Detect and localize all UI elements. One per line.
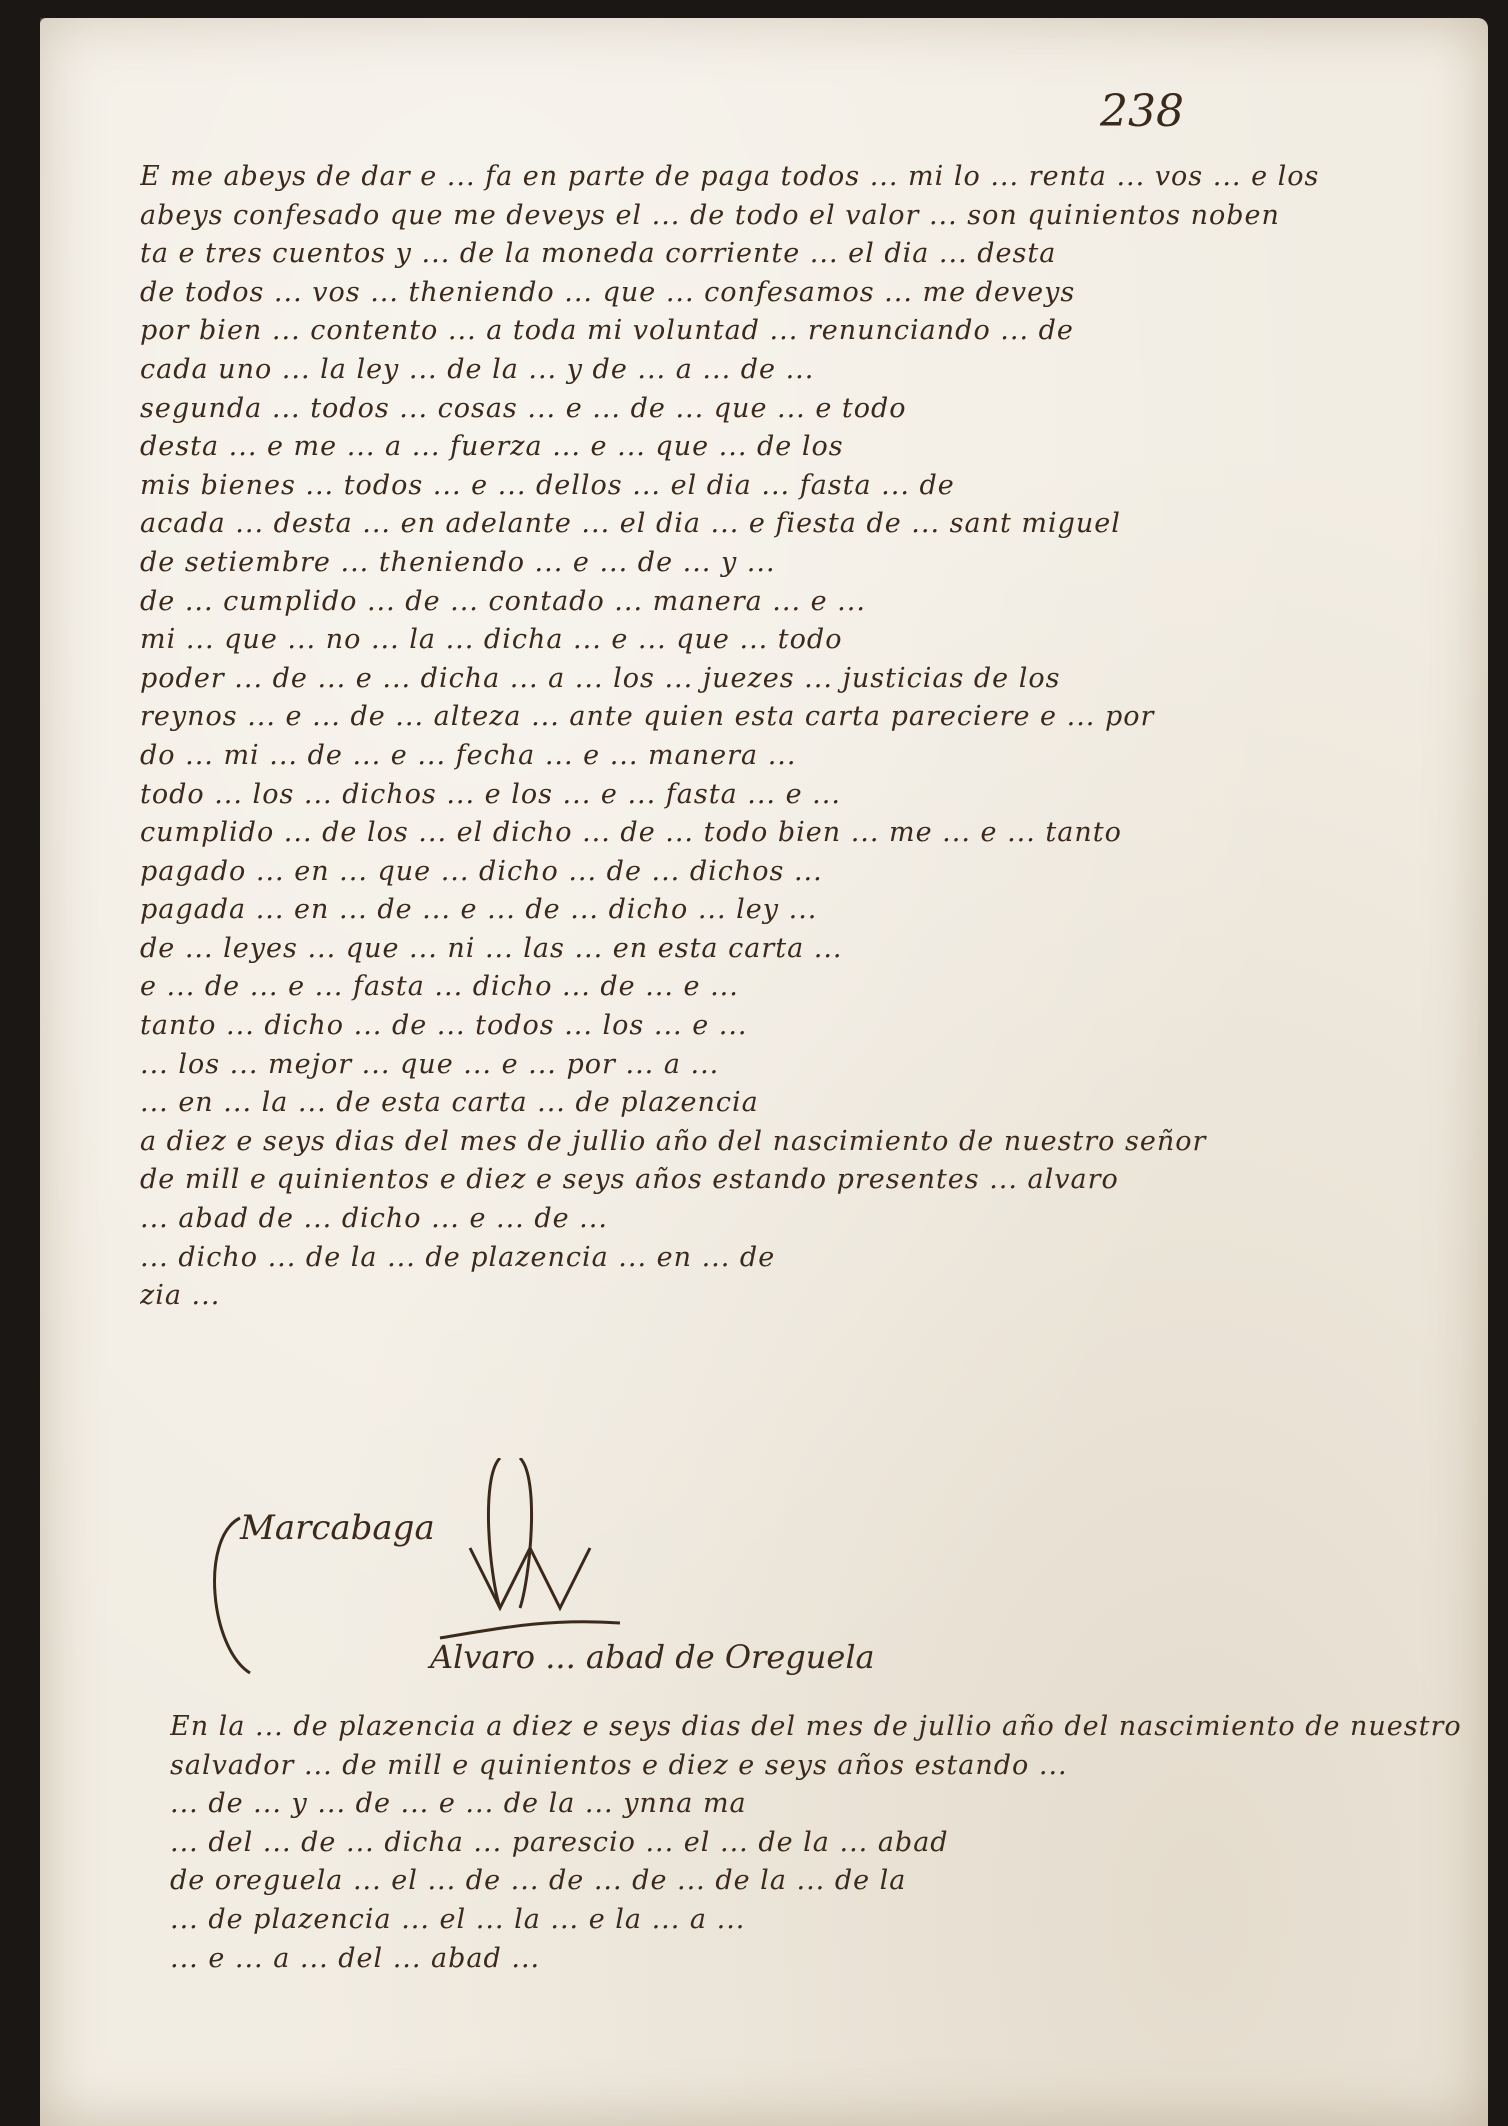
manuscript-line: ... del ... de ... dicha ... parescio ..… — [170, 1824, 1470, 1863]
manuscript-line: cumplido ... de los ... el dicho ... de … — [140, 814, 1460, 853]
manuscript-line: ... en ... la ... de esta carta ... de p… — [140, 1084, 1460, 1123]
manuscript-line: mi ... que ... no ... la ... dicha ... e… — [140, 621, 1460, 660]
manuscript-page: 238 E me abeys de dar e ... fa en parte … — [40, 18, 1488, 2126]
manuscript-line: pagada ... en ... de ... e ... de ... di… — [140, 891, 1460, 930]
manuscript-line: desta ... e me ... a ... fuerza ... e ..… — [140, 428, 1460, 467]
manuscript-line: ... dicho ... de la ... de plazencia ...… — [140, 1239, 1460, 1278]
manuscript-line: reynos ... e ... de ... alteza ... ante … — [140, 698, 1460, 737]
folio-number: 238 — [1100, 86, 1184, 137]
manuscript-line: tanto ... dicho ... de ... todos ... los… — [140, 1007, 1460, 1046]
manuscript-line: abeys confesado que me deveys el ... de … — [140, 197, 1460, 236]
manuscript-line: cada uno ... la ley ... de la ... y de .… — [140, 351, 1460, 390]
manuscript-line: ... abad de ... dicho ... e ... de ... — [140, 1200, 1460, 1239]
manuscript-body: E me abeys de dar e ... fa en parte de p… — [140, 158, 1460, 1316]
manuscript-line: e ... de ... e ... fasta ... dicho ... d… — [140, 968, 1460, 1007]
signature-name: Marcabaga — [240, 1508, 435, 1548]
manuscript-line: ... de plazencia ... el ... la ... e la … — [170, 1901, 1470, 1940]
manuscript-line: zia ... — [140, 1277, 1460, 1316]
manuscript-line: de setiembre ... theniendo ... e ... de … — [140, 544, 1460, 583]
signature-block: Marcabaga Alvaro ... abad de Oreguela — [200, 1458, 1100, 1708]
attestation-line: Alvaro ... abad de Oreguela — [430, 1638, 875, 1676]
manuscript-line: ... e ... a ... del ... abad ... — [170, 1940, 1470, 1979]
manuscript-line: segunda ... todos ... cosas ... e ... de… — [140, 390, 1460, 429]
manuscript-line: ... de ... y ... de ... e ... de la ... … — [170, 1785, 1470, 1824]
manuscript-body-second: En la ... de plazencia a diez e seys dia… — [170, 1708, 1470, 1978]
manuscript-line: todo ... los ... dichos ... e los ... e … — [140, 776, 1460, 815]
manuscript-line: pagado ... en ... que ... dicho ... de .… — [140, 853, 1460, 892]
manuscript-line: poder ... de ... e ... dicha ... a ... l… — [140, 660, 1460, 699]
manuscript-line: mis bienes ... todos ... e ... dellos ..… — [140, 467, 1460, 506]
manuscript-line: de ... cumplido ... de ... contado ... m… — [140, 583, 1460, 622]
manuscript-line: ... los ... mejor ... que ... e ... por … — [140, 1046, 1460, 1085]
manuscript-line: de oreguela ... el ... de ... de ... de … — [170, 1862, 1470, 1901]
manuscript-line: de todos ... vos ... theniendo ... que .… — [140, 274, 1460, 313]
manuscript-line: En la ... de plazencia a diez e seys dia… — [170, 1708, 1470, 1747]
manuscript-line: salvador ... de mill e quinientos e diez… — [170, 1747, 1470, 1786]
manuscript-line: de ... leyes ... que ... ni ... las ... … — [140, 930, 1460, 969]
manuscript-line: de mill e quinientos e diez e seys años … — [140, 1161, 1460, 1200]
manuscript-line: acada ... desta ... en adelante ... el d… — [140, 505, 1460, 544]
manuscript-line: por bien ... contento ... a toda mi volu… — [140, 312, 1460, 351]
manuscript-line: ta e tres cuentos y ... de la moneda cor… — [140, 235, 1460, 274]
manuscript-line: E me abeys de dar e ... fa en parte de p… — [140, 158, 1460, 197]
manuscript-line: a diez e seys dias del mes de jullio año… — [140, 1123, 1460, 1162]
manuscript-line: do ... mi ... de ... e ... fecha ... e .… — [140, 737, 1460, 776]
